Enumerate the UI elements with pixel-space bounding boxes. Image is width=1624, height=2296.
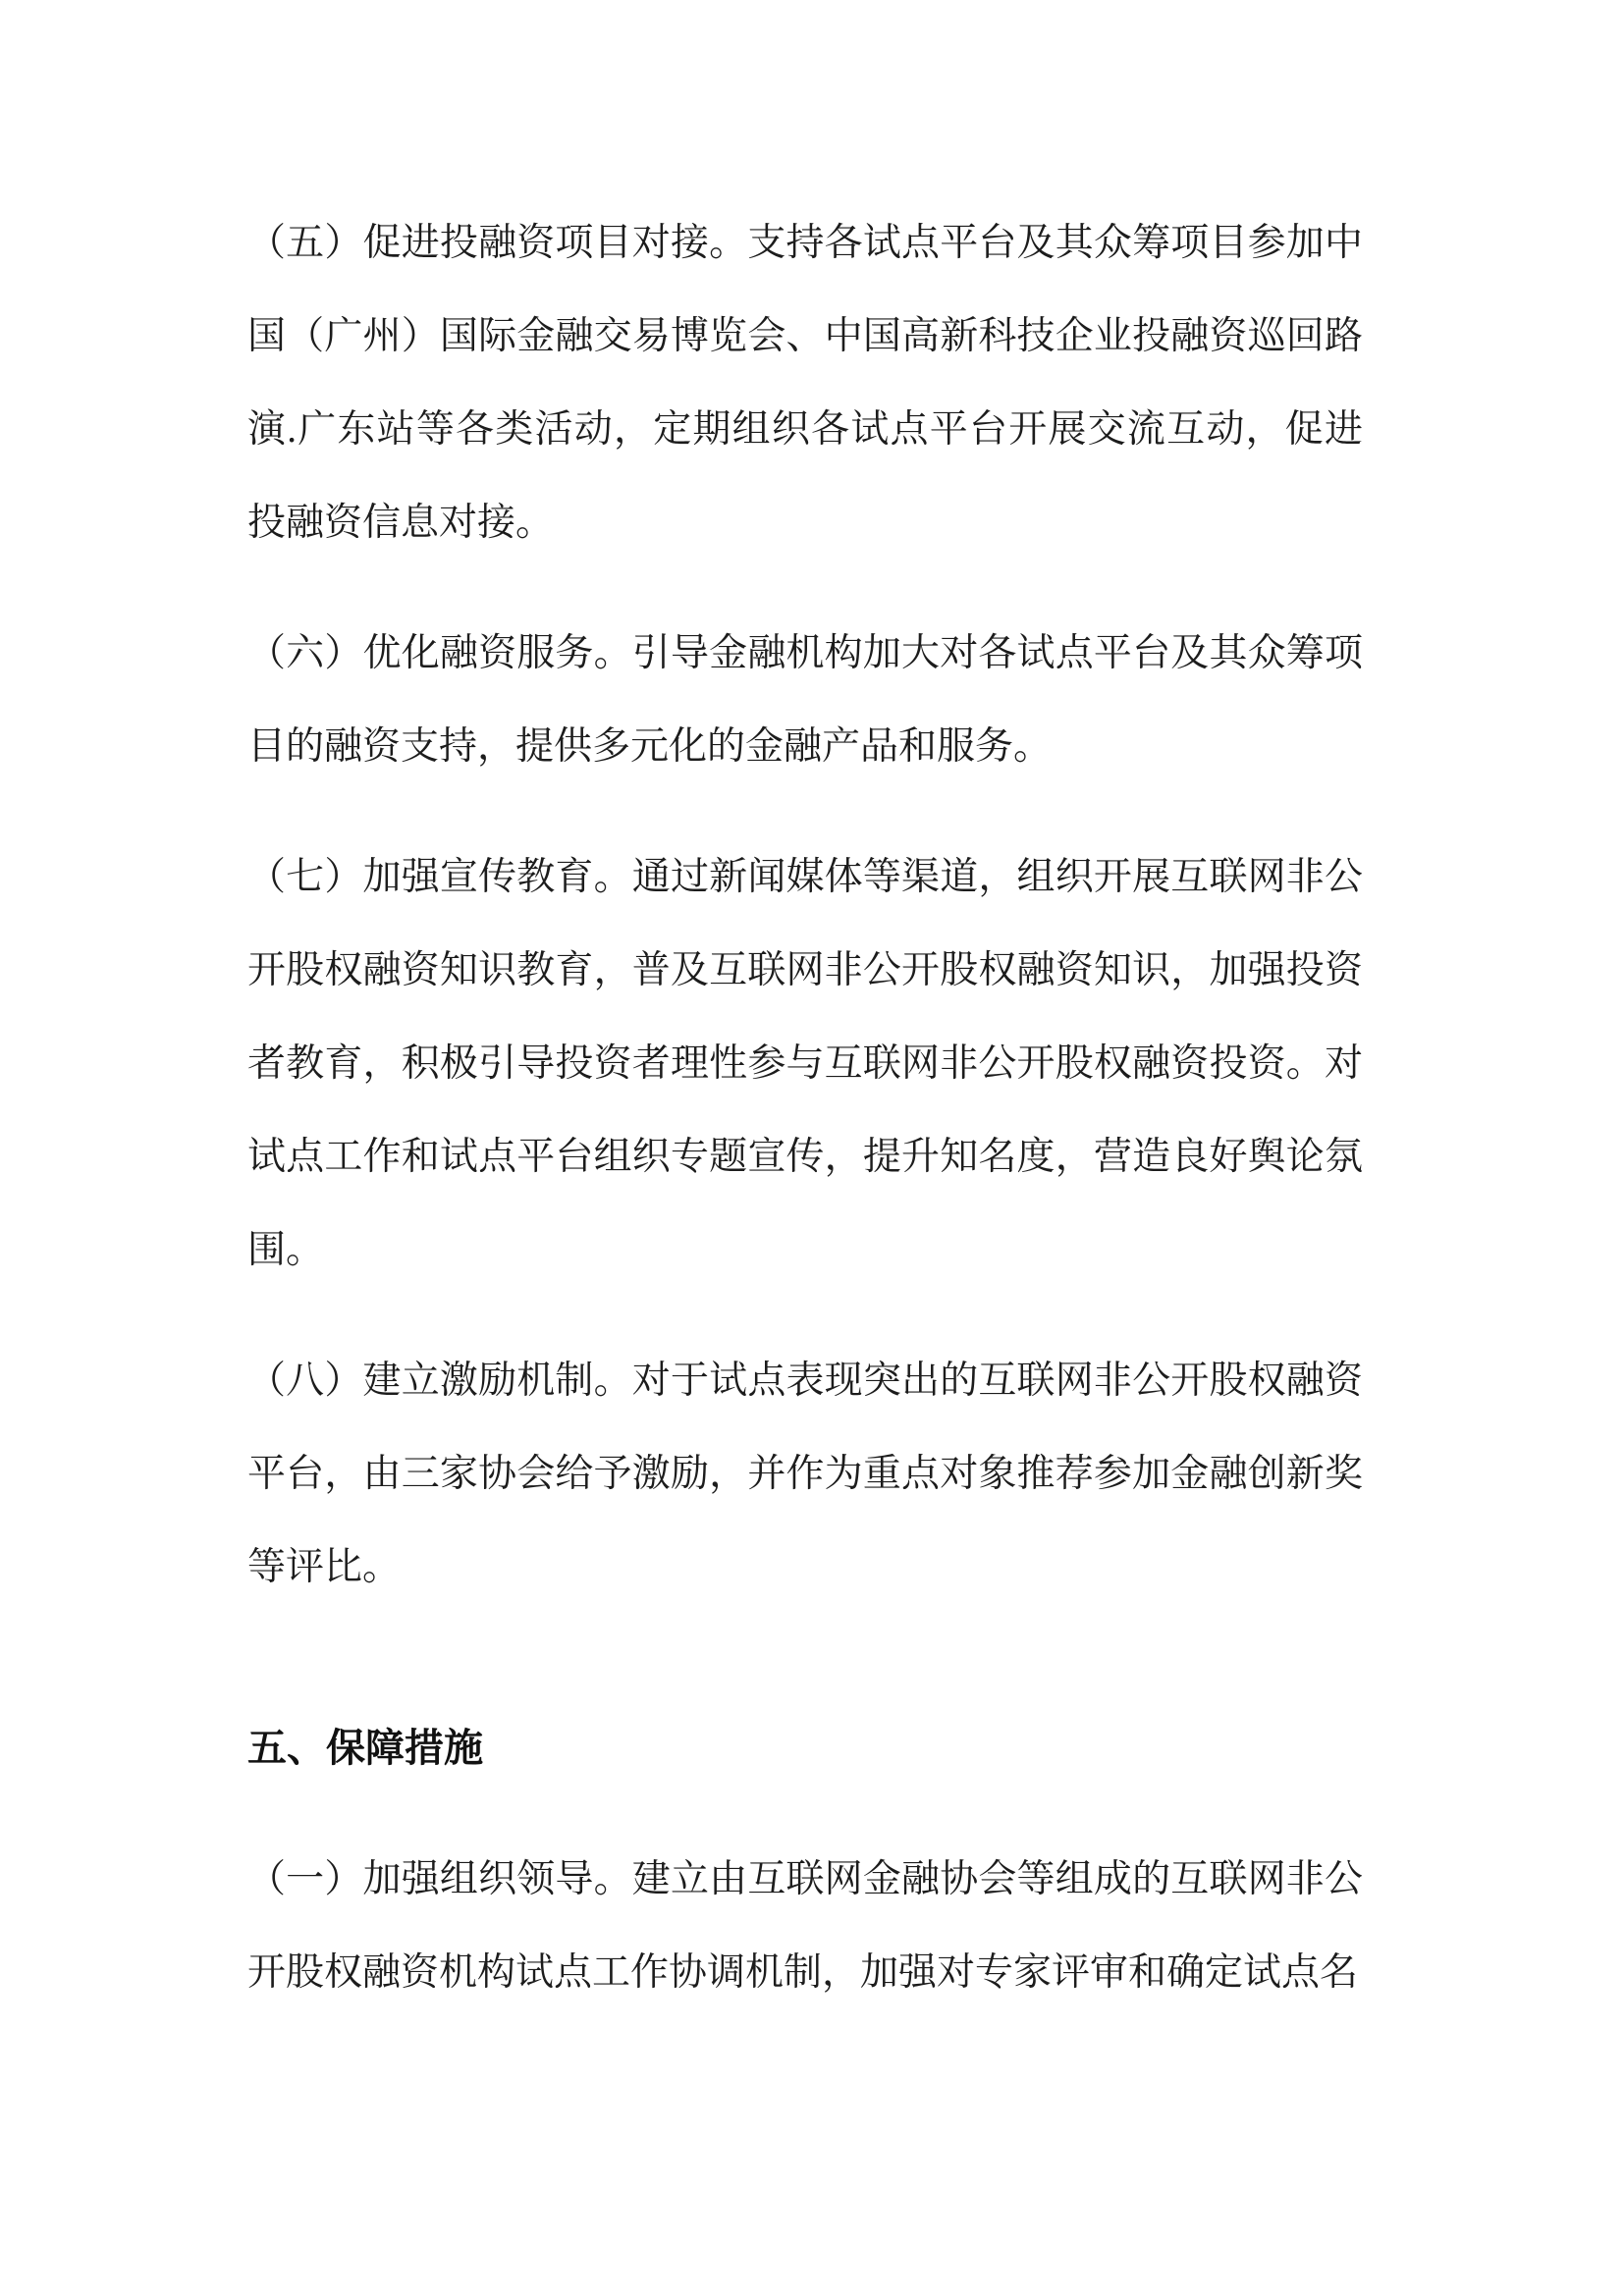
paragraph-1-organizational-leadership: （一）加强组织领导。建立由互联网金融协会等组成的互联网非公开股权融资机构试点工作… (247, 1833, 1363, 2019)
paragraph-6-optimize-financing: （六）优化融资服务。引导金融机构加大对各试点平台及其众筹项目的融资支持，提供多元… (247, 607, 1363, 793)
section-heading-safeguard-measures: 五、保障措施 (247, 1702, 1363, 1795)
paragraph-5-promote-matchmaking: （五）促进投融资项目对接。支持各试点平台及其众筹项目参加中国（广州）国际金融交易… (247, 196, 1363, 569)
document-page: （五）促进投融资项目对接。支持各试点平台及其众筹项目参加中国（广州）国际金融交易… (247, 196, 1363, 2056)
paragraph-8-incentive-mechanism: （八）建立激励机制。对于试点表现突出的互联网非公开股权融资平台，由三家协会给予激… (247, 1334, 1363, 1614)
paragraph-7-publicity-education: （七）加强宣传教育。通过新闻媒体等渠道，组织开展互联网非公开股权融资知识教育，普… (247, 830, 1363, 1297)
